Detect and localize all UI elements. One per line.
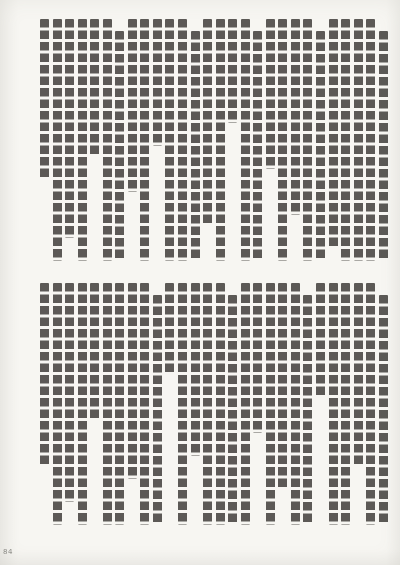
- text-column-redacted: [115, 31, 124, 261]
- text-column-redacted: [78, 19, 87, 261]
- text-column-redacted: [329, 283, 338, 525]
- text-column-redacted: [216, 283, 225, 525]
- text-column-redacted: [379, 31, 388, 261]
- text-column-redacted: [191, 31, 200, 261]
- text-column-redacted: [303, 295, 312, 525]
- text-column-redacted: [316, 31, 325, 261]
- text-column-redacted: [178, 19, 187, 261]
- text-column-redacted: [228, 295, 237, 525]
- text-column-redacted: [65, 19, 74, 238]
- text-column-redacted: [228, 19, 237, 123]
- text-column-redacted: [203, 19, 212, 226]
- text-column-redacted: [241, 283, 250, 525]
- text-column-redacted: [53, 283, 62, 525]
- text-column-redacted: [153, 295, 162, 525]
- text-column-redacted: [354, 19, 363, 261]
- text-column-redacted: [278, 19, 287, 261]
- text-block-lower: [40, 283, 388, 525]
- text-column-redacted: [165, 19, 174, 261]
- text-column-redacted: [341, 19, 350, 261]
- text-column-redacted: [191, 283, 200, 456]
- text-column-redacted: [291, 283, 300, 525]
- text-column-redacted: [128, 19, 137, 192]
- text-column-redacted: [203, 283, 212, 525]
- text-column-redacted: [366, 283, 375, 525]
- text-column-redacted: [140, 19, 149, 261]
- text-column-redacted: [291, 19, 300, 215]
- text-block-upper: [40, 19, 388, 261]
- text-column-redacted: [253, 283, 262, 433]
- text-column-redacted: [90, 19, 99, 157]
- text-column-redacted: [140, 283, 149, 525]
- text-column-redacted: [216, 19, 225, 261]
- text-column-redacted: [341, 283, 350, 525]
- text-column-redacted: [253, 31, 262, 261]
- text-column-redacted: [354, 283, 363, 467]
- text-column-redacted: [78, 283, 87, 525]
- text-column-redacted: [178, 283, 187, 525]
- text-column-redacted: [266, 283, 275, 525]
- page-number: 84: [3, 548, 13, 556]
- text-column-redacted: [103, 283, 112, 525]
- scanned-book-page: 84: [0, 0, 400, 565]
- text-column-redacted: [115, 283, 124, 525]
- text-column-redacted: [128, 283, 137, 479]
- text-column-redacted: [241, 19, 250, 261]
- text-column-redacted: [165, 283, 174, 375]
- text-column-redacted: [65, 283, 74, 502]
- text-column-redacted: [153, 19, 162, 146]
- text-column-redacted: [316, 283, 325, 398]
- text-column-redacted: [90, 283, 99, 421]
- text-column-redacted: [40, 19, 49, 180]
- text-column-redacted: [266, 19, 275, 169]
- text-column-redacted: [379, 295, 388, 525]
- text-column-redacted: [103, 19, 112, 261]
- text-column-redacted: [278, 283, 287, 490]
- text-column-redacted: [366, 19, 375, 261]
- text-column-redacted: [53, 19, 62, 261]
- text-column-redacted: [40, 283, 49, 467]
- text-column-redacted: [303, 19, 312, 261]
- text-column-redacted: [329, 19, 338, 249]
